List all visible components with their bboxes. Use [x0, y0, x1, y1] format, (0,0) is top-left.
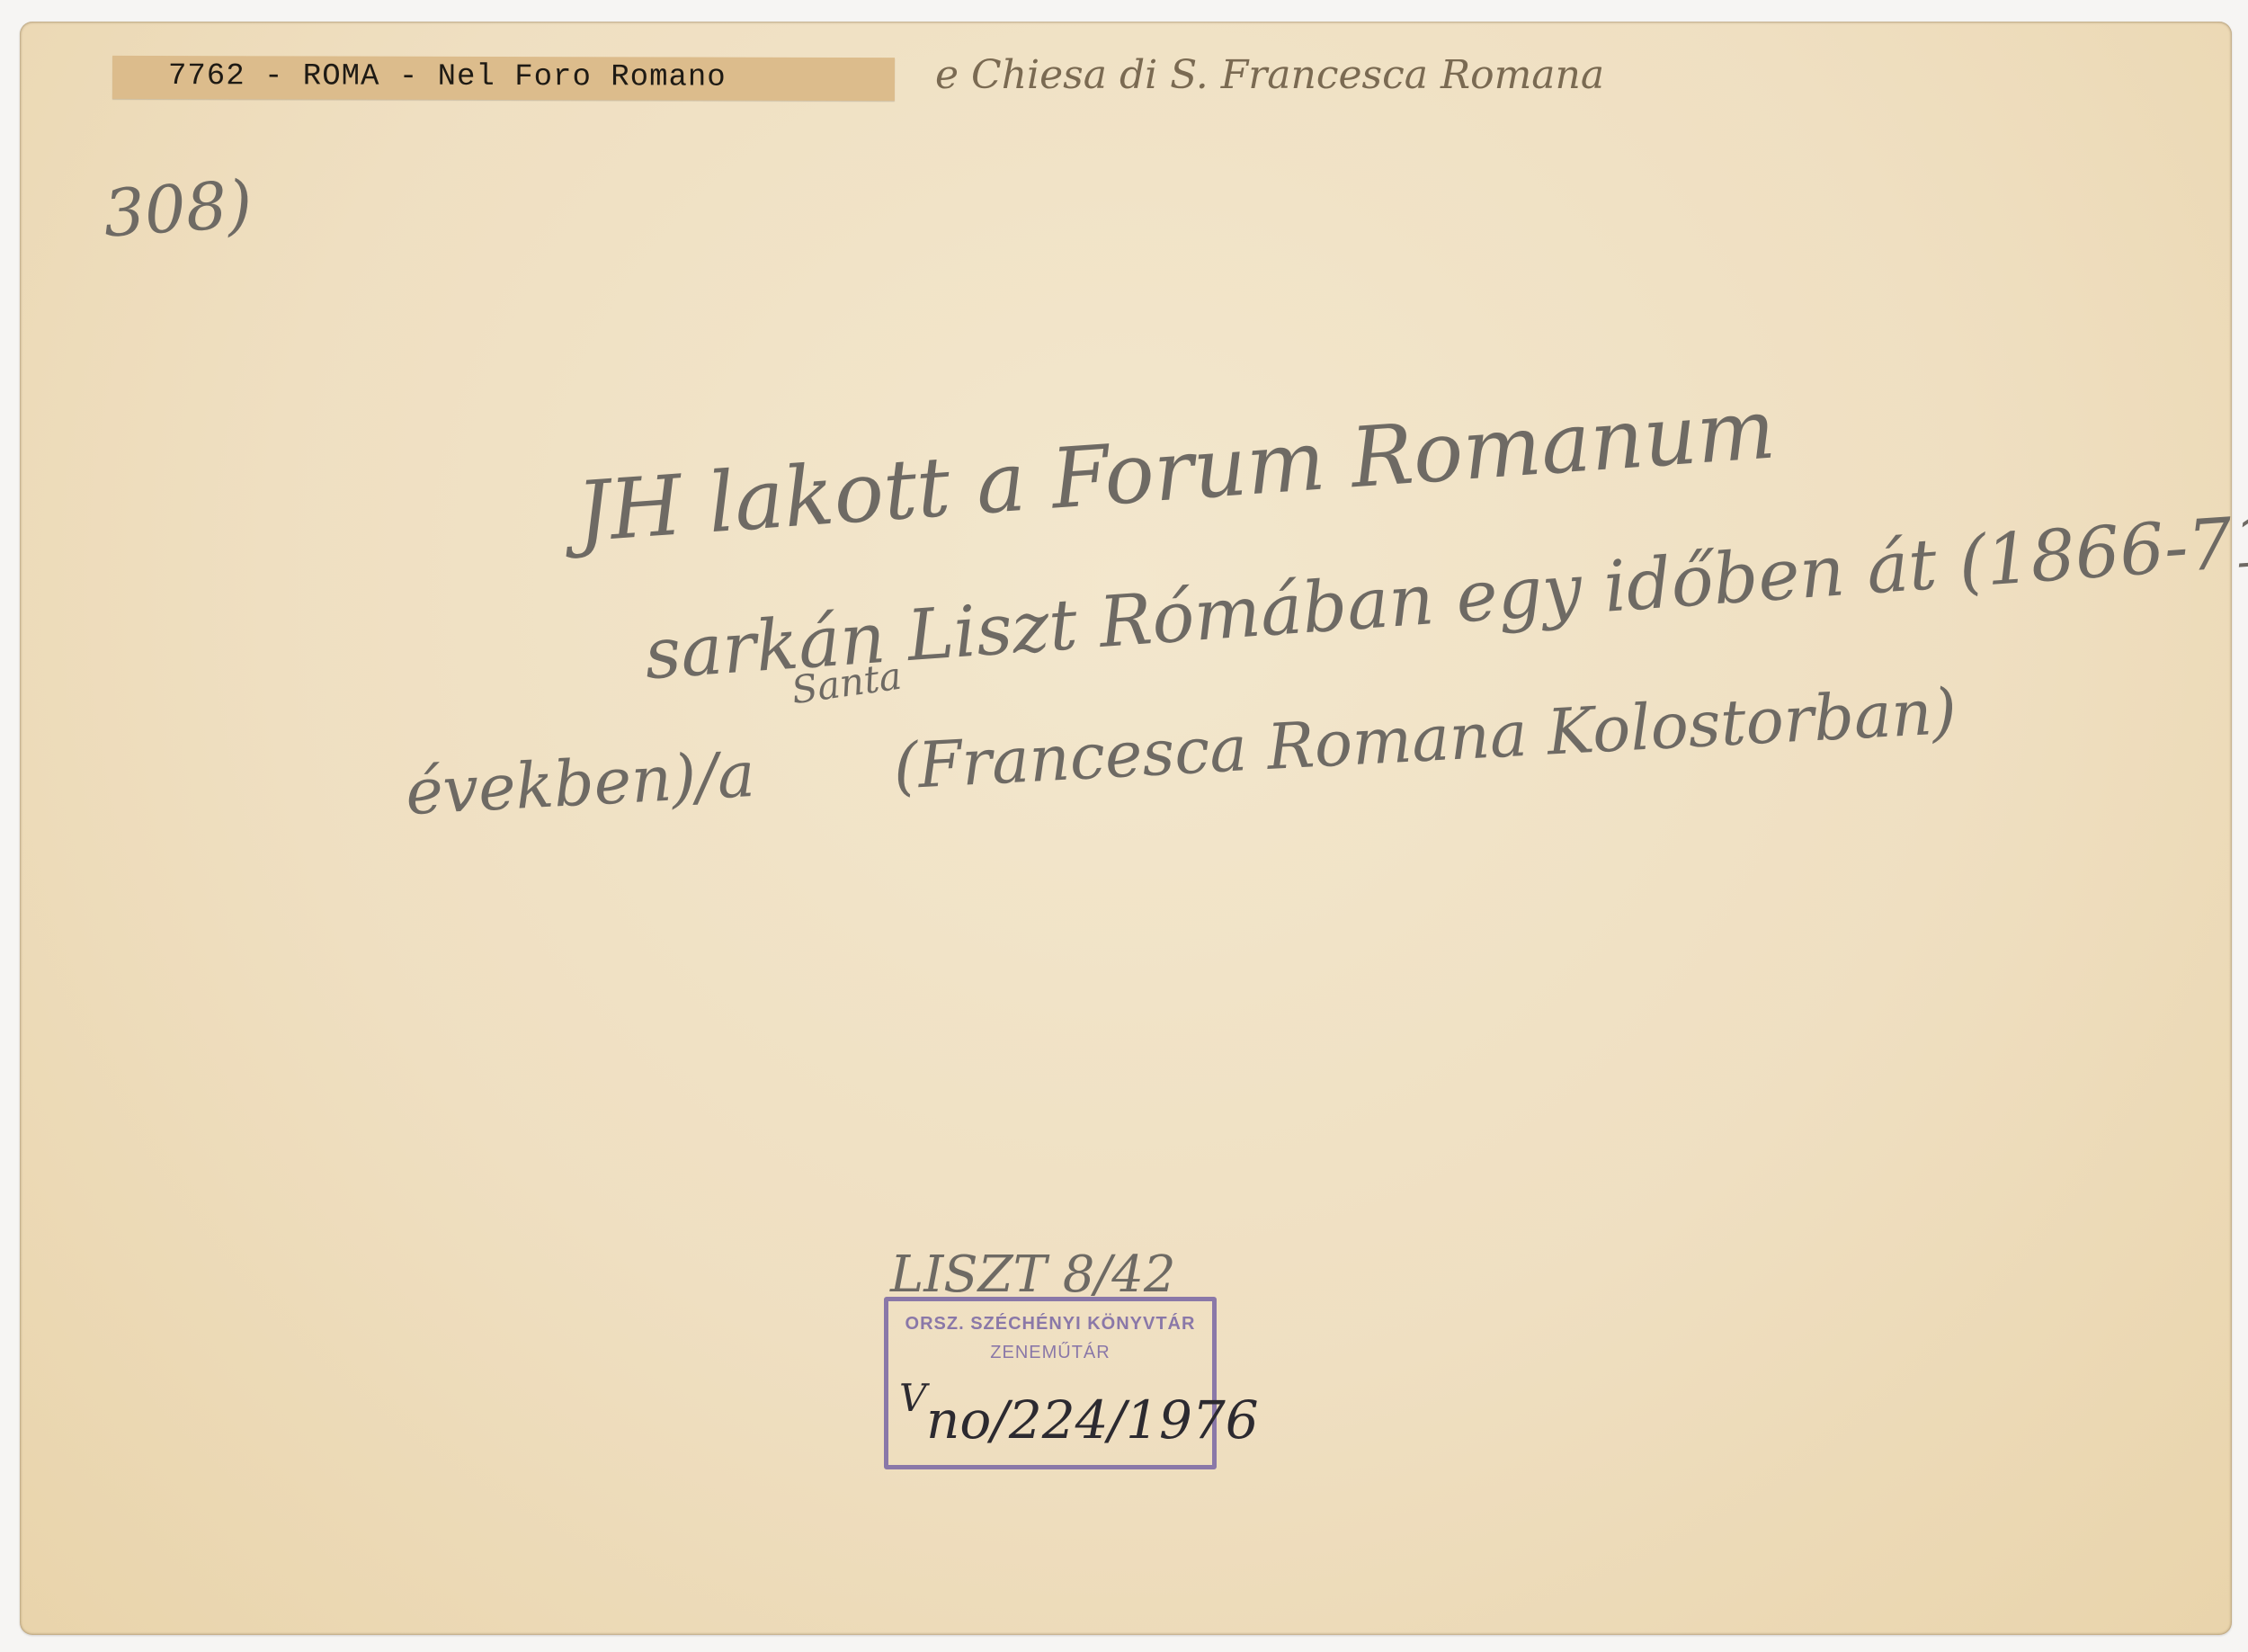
shelfmark: LISZT 8/42	[890, 1246, 1176, 1304]
caption-text: 7762 - ROMA - Nel Foro Romano	[168, 59, 727, 95]
handwritten-caption-continuation: e Chiesa di S. Francesca Romana	[935, 52, 1604, 98]
catalog-number: 308)	[101, 165, 254, 251]
accession-number: no/224/1976	[926, 1389, 1259, 1451]
typed-caption-label: 7762 - ROMA - Nel Foro Romano	[112, 56, 895, 101]
stamp-library-name: ORSZ. SZÉCHÉNYI KÖNYVTÁR	[888, 1314, 1212, 1335]
accession-prefix: V	[899, 1376, 926, 1420]
stamp-department: ZENEMŰTÁR	[888, 1343, 1212, 1363]
